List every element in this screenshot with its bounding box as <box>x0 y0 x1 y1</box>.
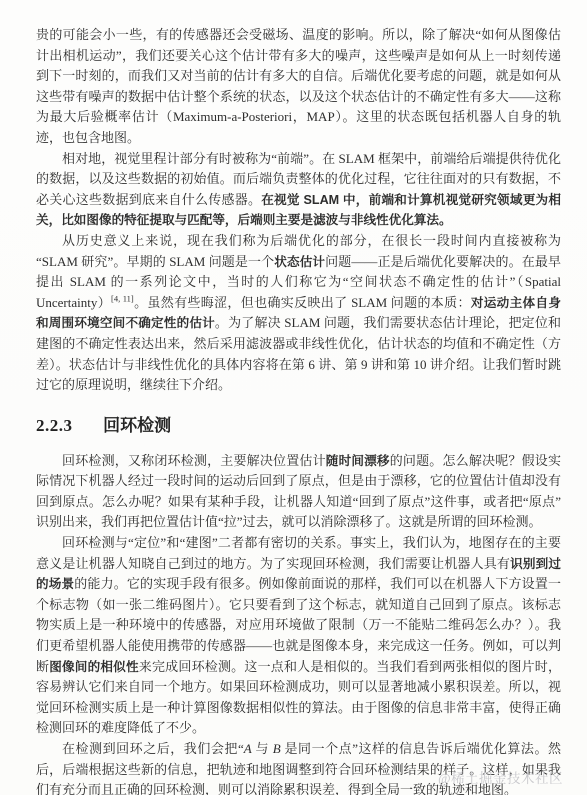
paragraph-loop-closure-methods: 回环检测与“定位”和“建图”二者都有密切的关系。事实上，我们认为，地图存在的主要… <box>36 533 561 739</box>
watermark: @稀土掘金技术社区 <box>438 771 563 787</box>
paragraph-backend-map-estimation: 贵的可能会小一些，有的传感器还会受磁场、温度的影响。所以，除了解决“如何从图像估… <box>36 25 561 149</box>
section-title: 回环检测 <box>103 416 171 435</box>
section-heading: 2.2.3回环检测 <box>36 415 561 437</box>
document-page: 贵的可能会小一些，有的传感器还会受磁场、温度的影响。所以，除了解决“如何从图像估… <box>0 0 587 795</box>
paragraph-slam-history: 从历史意义上来说，现在我们称为后端优化的部分，在很长一段时间内直接被称为“SLA… <box>36 231 561 396</box>
section-number: 2.2.3 <box>36 416 73 435</box>
paragraph-loop-closure-intro: 回环检测，又称闭环检测，主要解决位置估计随时间漂移的问题。怎么解决呢？假设实际情… <box>36 451 561 533</box>
paragraph-frontend-backend: 相对地，视觉里程计部分有时被称为“前端”。在 SLAM 框架中，前端给后端提供待… <box>36 149 561 231</box>
